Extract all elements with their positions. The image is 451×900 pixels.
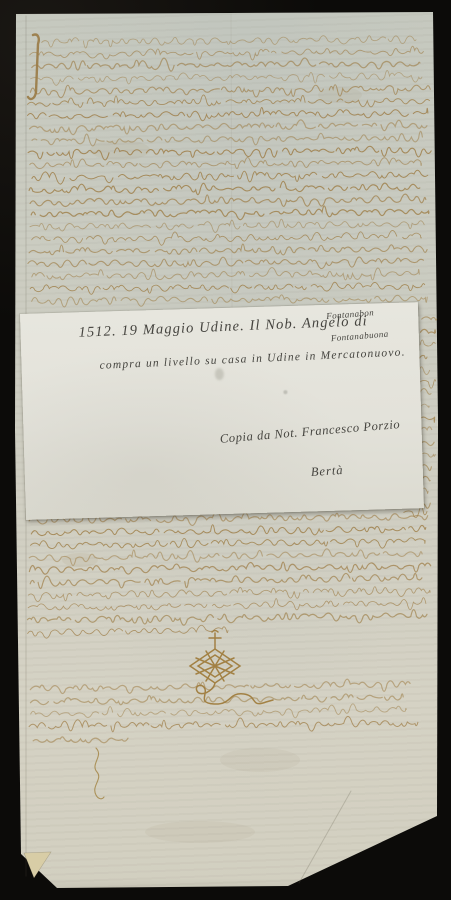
slip-smudge [215,368,224,380]
slip-date-line: 1512. 19 Maggio Udine. Il Nob. Angelo di [78,313,368,342]
slip-subject-line: compra un livello su casa in Udine in Me… [99,346,406,371]
slip-signature: Bertà [310,463,344,480]
slip-smudge [283,390,287,394]
archival-note-slip: 1512. 19 Maggio Udine. Il Nob. Angelo di… [20,302,424,520]
scan-stage: 1512. 19 Maggio Udine. Il Nob. Angelo di… [0,0,451,900]
slip-copy-note: Copia da Not. Francesco Porzio [219,417,400,447]
